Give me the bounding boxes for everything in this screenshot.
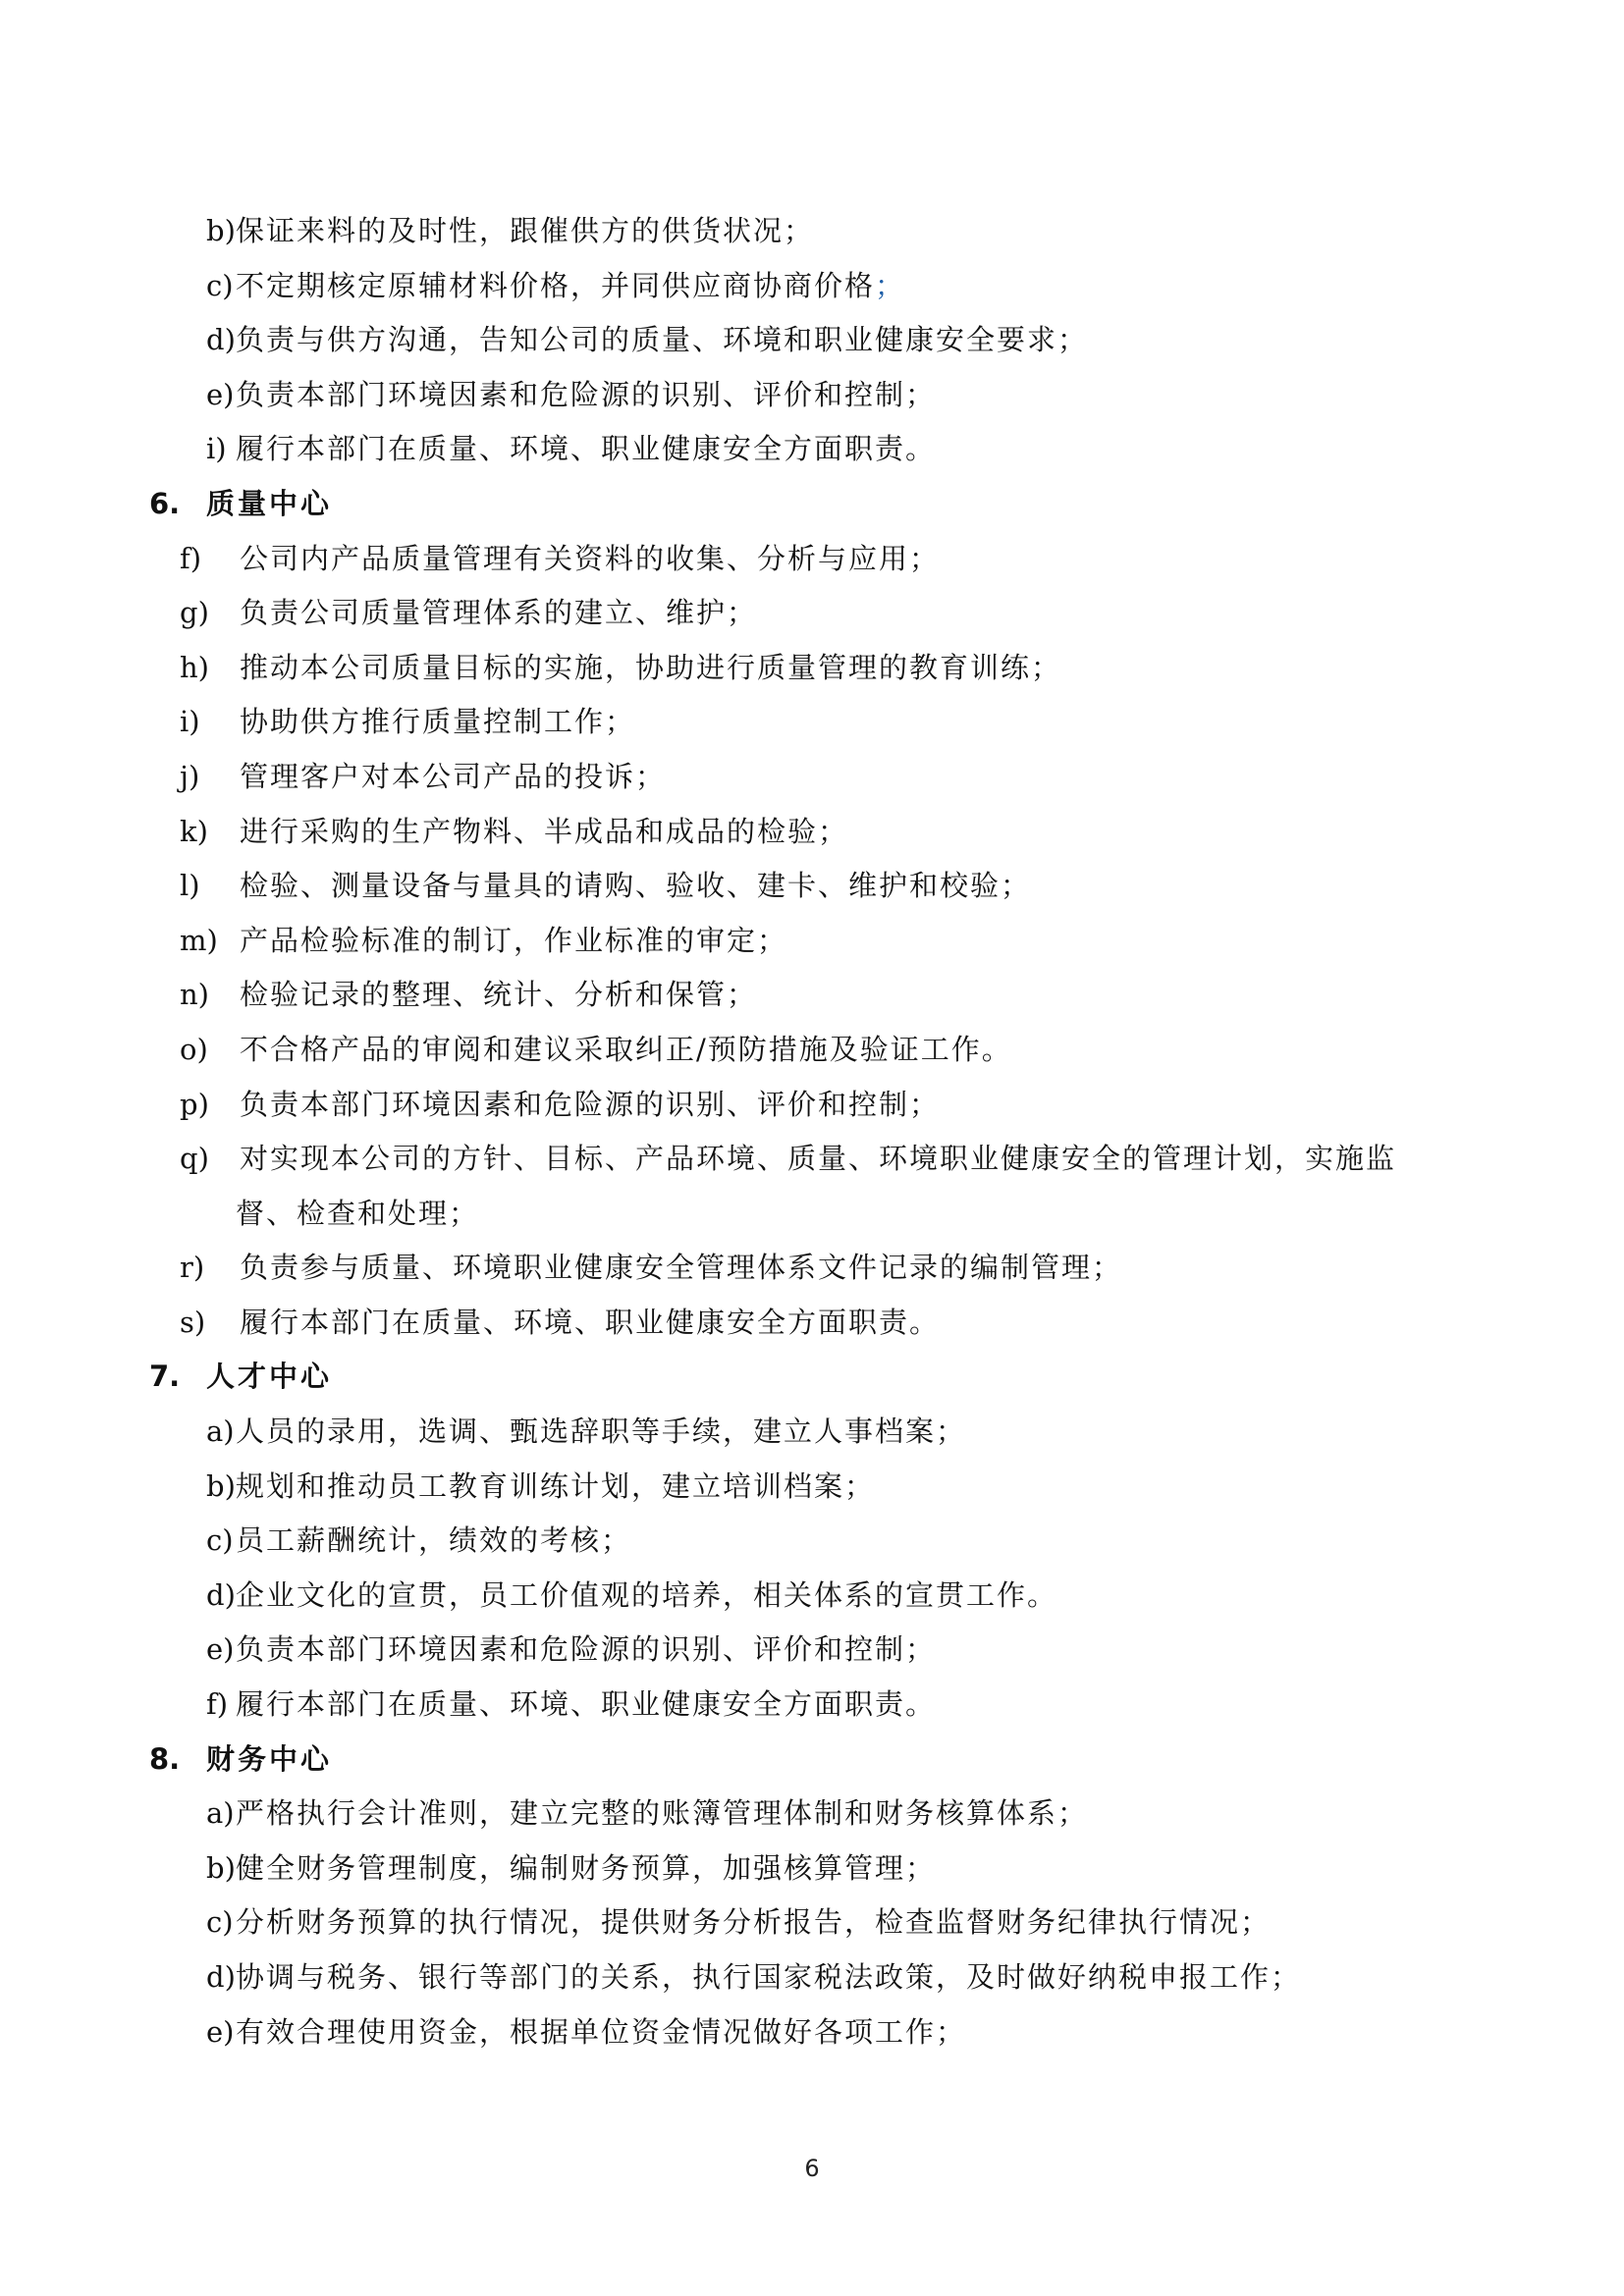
section-heading-finance-center: 8. 财务中心 bbox=[0, 1733, 1624, 1788]
list-item: c) 分析财务预算的执行情况，提供财务分析报告，检查监督财务纪律执行情况； bbox=[0, 1896, 1624, 1950]
item-text: 对实现本公司的方针、目标、产品环境、质量、环境职业健康安全的管理计划，实施监 bbox=[240, 1132, 1396, 1187]
list-item: q) 对实现本公司的方针、目标、产品环境、质量、环境职业健康安全的管理计划，实施… bbox=[0, 1132, 1624, 1187]
list-item: g) 负责公司质量管理体系的建立、维护； bbox=[0, 586, 1624, 641]
item-marker: c) bbox=[206, 259, 234, 314]
item-marker: e) bbox=[206, 368, 234, 423]
list-item: c) 不定期核定原辅材料价格，并同供应商协商价格； bbox=[0, 259, 1624, 314]
section-number: 8. bbox=[149, 1733, 180, 1788]
section-number: 7. bbox=[149, 1350, 180, 1405]
section-title: 人才中心 bbox=[206, 1350, 332, 1405]
item-text: 督、检查和处理； bbox=[236, 1187, 479, 1242]
item-text: 负责本部门环境因素和危险源的识别、评价和控制； bbox=[236, 368, 936, 423]
list-item: d) 协调与税务、银行等部门的关系，执行国家税法政策，及时做好纳税申报工作； bbox=[0, 1950, 1624, 2005]
list-item: a) 人员的录用，选调、甄选辞职等手续，建立人事档案； bbox=[0, 1405, 1624, 1460]
item-text: 不定期核定原辅材料价格，并同供应商协商价格 bbox=[236, 269, 875, 302]
list-item: e) 负责本部门环境因素和危险源的识别、评价和控制； bbox=[0, 368, 1624, 423]
item-marker: g) bbox=[180, 586, 209, 641]
section-title: 质量中心 bbox=[206, 477, 332, 532]
item-marker: m) bbox=[180, 914, 218, 969]
item-marker: j) bbox=[180, 750, 199, 805]
item-text: 管理客户对本公司产品的投诉； bbox=[240, 750, 666, 805]
item-text: 协助供方推行质量控制工作； bbox=[240, 695, 635, 750]
page-number: 6 bbox=[0, 2155, 1624, 2182]
item-text: 员工薪酬统计，绩效的考核； bbox=[236, 1514, 631, 1569]
list-item: f) 履行本部门在质量、环境、职业健康安全方面职责。 bbox=[0, 1678, 1624, 1733]
item-marker: e) bbox=[206, 2005, 234, 2060]
item-marker: f) bbox=[180, 532, 201, 587]
item-text: 不合格产品的审阅和建议采取纠正/预防措施及验证工作。 bbox=[240, 1023, 1012, 1078]
highlighted-semicolon: ； bbox=[875, 269, 905, 302]
item-marker: i) bbox=[180, 695, 200, 750]
item-marker: b) bbox=[206, 1842, 236, 1896]
item-marker: b) bbox=[206, 1460, 236, 1515]
list-item: f) 公司内产品质量管理有关资料的收集、分析与应用； bbox=[0, 532, 1624, 587]
section-number: 6. bbox=[149, 477, 180, 532]
item-text: 负责与供方沟通，告知公司的质量、环境和职业健康安全要求； bbox=[236, 313, 1088, 368]
item-marker: a) bbox=[206, 1787, 235, 1842]
item-marker: r) bbox=[180, 1241, 204, 1296]
list-item: b) 规划和推动员工教育训练计划，建立培训档案； bbox=[0, 1460, 1624, 1515]
item-text: 履行本部门在质量、环境、职业健康安全方面职责。 bbox=[236, 422, 936, 477]
item-text: 检验、测量设备与量具的请购、验收、建卡、维护和校验； bbox=[240, 859, 1031, 914]
list-item: j) 管理客户对本公司产品的投诉； bbox=[0, 750, 1624, 805]
list-item: b) 保证来料的及时性，跟催供方的供货状况； bbox=[0, 204, 1624, 259]
document-body: b) 保证来料的及时性，跟催供方的供货状况； c) 不定期核定原辅材料价格，并同… bbox=[0, 204, 1624, 2059]
item-text: 负责本部门环境因素和危险源的识别、评价和控制； bbox=[240, 1078, 940, 1133]
item-text: 履行本部门在质量、环境、职业健康安全方面职责。 bbox=[236, 1678, 936, 1733]
item-marker: d) bbox=[206, 1569, 236, 1624]
item-marker: s) bbox=[180, 1296, 205, 1351]
section-heading-quality-center: 6. 质量中心 bbox=[0, 477, 1624, 532]
item-marker: k) bbox=[180, 805, 208, 860]
item-marker: c) bbox=[206, 1896, 234, 1950]
item-marker: o) bbox=[180, 1023, 208, 1078]
list-item: p) 负责本部门环境因素和危险源的识别、评价和控制； bbox=[0, 1078, 1624, 1133]
item-marker: a) bbox=[206, 1405, 235, 1460]
list-item: r) 负责参与质量、环境职业健康安全管理体系文件记录的编制管理； bbox=[0, 1241, 1624, 1296]
list-item: e) 负责本部门环境因素和危险源的识别、评价和控制； bbox=[0, 1623, 1624, 1678]
item-text: 检验记录的整理、统计、分析和保管； bbox=[240, 968, 757, 1023]
item-marker: d) bbox=[206, 1950, 236, 2005]
list-item: d) 负责与供方沟通，告知公司的质量、环境和职业健康安全要求； bbox=[0, 313, 1624, 368]
document-page: b) 保证来料的及时性，跟催供方的供货状况； c) 不定期核定原辅材料价格，并同… bbox=[0, 0, 1624, 2296]
item-marker: l) bbox=[180, 859, 200, 914]
item-marker: p) bbox=[180, 1078, 209, 1133]
list-item: m) 产品检验标准的制订，作业标准的审定； bbox=[0, 914, 1624, 969]
item-text: 分析财务预算的执行情况，提供财务分析报告，检查监督财务纪律执行情况； bbox=[236, 1896, 1271, 1950]
list-item: d) 企业文化的宣贯，员工价值观的培养，相关体系的宣贯工作。 bbox=[0, 1569, 1624, 1624]
list-item: i) 协助供方推行质量控制工作； bbox=[0, 695, 1624, 750]
list-item: s) 履行本部门在质量、环境、职业健康安全方面职责。 bbox=[0, 1296, 1624, 1351]
item-text: 负责公司质量管理体系的建立、维护； bbox=[240, 586, 757, 641]
item-marker: n) bbox=[180, 968, 209, 1023]
list-item: c) 员工薪酬统计，绩效的考核； bbox=[0, 1514, 1624, 1569]
item-marker: q) bbox=[180, 1132, 209, 1187]
list-item: k) 进行采购的生产物料、半成品和成品的检验； bbox=[0, 805, 1624, 860]
item-marker: i) bbox=[206, 422, 227, 477]
item-text: 协调与税务、银行等部门的关系，执行国家税法政策，及时做好纳税申报工作； bbox=[236, 1950, 1301, 2005]
item-text: 负责参与质量、环境职业健康安全管理体系文件记录的编制管理； bbox=[240, 1241, 1122, 1296]
item-text: 有效合理使用资金，根据单位资金情况做好各项工作； bbox=[236, 2005, 966, 2060]
list-item-continuation: 督、检查和处理； bbox=[0, 1187, 1624, 1242]
item-text: 健全财务管理制度，编制财务预算，加强核算管理； bbox=[236, 1842, 936, 1896]
item-text: 进行采购的生产物料、半成品和成品的检验； bbox=[240, 805, 848, 860]
item-text: 企业文化的宣贯，员工价值观的培养，相关体系的宣贯工作。 bbox=[236, 1569, 1057, 1624]
list-item: e) 有效合理使用资金，根据单位资金情况做好各项工作； bbox=[0, 2005, 1624, 2060]
list-item: i) 履行本部门在质量、环境、职业健康安全方面职责。 bbox=[0, 422, 1624, 477]
list-item: a) 严格执行会计准则，建立完整的账簿管理体制和财务核算体系； bbox=[0, 1787, 1624, 1842]
item-marker: c) bbox=[206, 1514, 234, 1569]
list-item: b) 健全财务管理制度，编制财务预算，加强核算管理； bbox=[0, 1842, 1624, 1896]
item-marker: f) bbox=[206, 1678, 228, 1733]
item-text: 履行本部门在质量、环境、职业健康安全方面职责。 bbox=[240, 1296, 940, 1351]
section-heading-talent-center: 7. 人才中心 bbox=[0, 1350, 1624, 1405]
list-item: o) 不合格产品的审阅和建议采取纠正/预防措施及验证工作。 bbox=[0, 1023, 1624, 1078]
item-text: 负责本部门环境因素和危险源的识别、评价和控制； bbox=[236, 1623, 936, 1678]
item-marker: d) bbox=[206, 313, 236, 368]
item-marker: e) bbox=[206, 1623, 234, 1678]
item-text: 公司内产品质量管理有关资料的收集、分析与应用； bbox=[240, 532, 940, 587]
item-text: 保证来料的及时性，跟催供方的供货状况； bbox=[236, 204, 814, 259]
item-text: 严格执行会计准则，建立完整的账簿管理体制和财务核算体系； bbox=[236, 1787, 1088, 1842]
item-text: 推动本公司质量目标的实施，协助进行质量管理的教育训练； bbox=[240, 641, 1061, 696]
section-title: 财务中心 bbox=[206, 1733, 332, 1788]
item-text-wrapper: 不定期核定原辅材料价格，并同供应商协商价格； bbox=[236, 259, 905, 314]
item-text: 产品检验标准的制订，作业标准的审定； bbox=[240, 914, 787, 969]
item-marker: h) bbox=[180, 641, 209, 696]
list-item: l) 检验、测量设备与量具的请购、验收、建卡、维护和校验； bbox=[0, 859, 1624, 914]
item-marker: b) bbox=[206, 204, 236, 259]
list-item: n) 检验记录的整理、统计、分析和保管； bbox=[0, 968, 1624, 1023]
item-text: 人员的录用，选调、甄选辞职等手续，建立人事档案； bbox=[236, 1405, 966, 1460]
list-item: h) 推动本公司质量目标的实施，协助进行质量管理的教育训练； bbox=[0, 641, 1624, 696]
item-text: 规划和推动员工教育训练计划，建立培训档案； bbox=[236, 1460, 875, 1515]
